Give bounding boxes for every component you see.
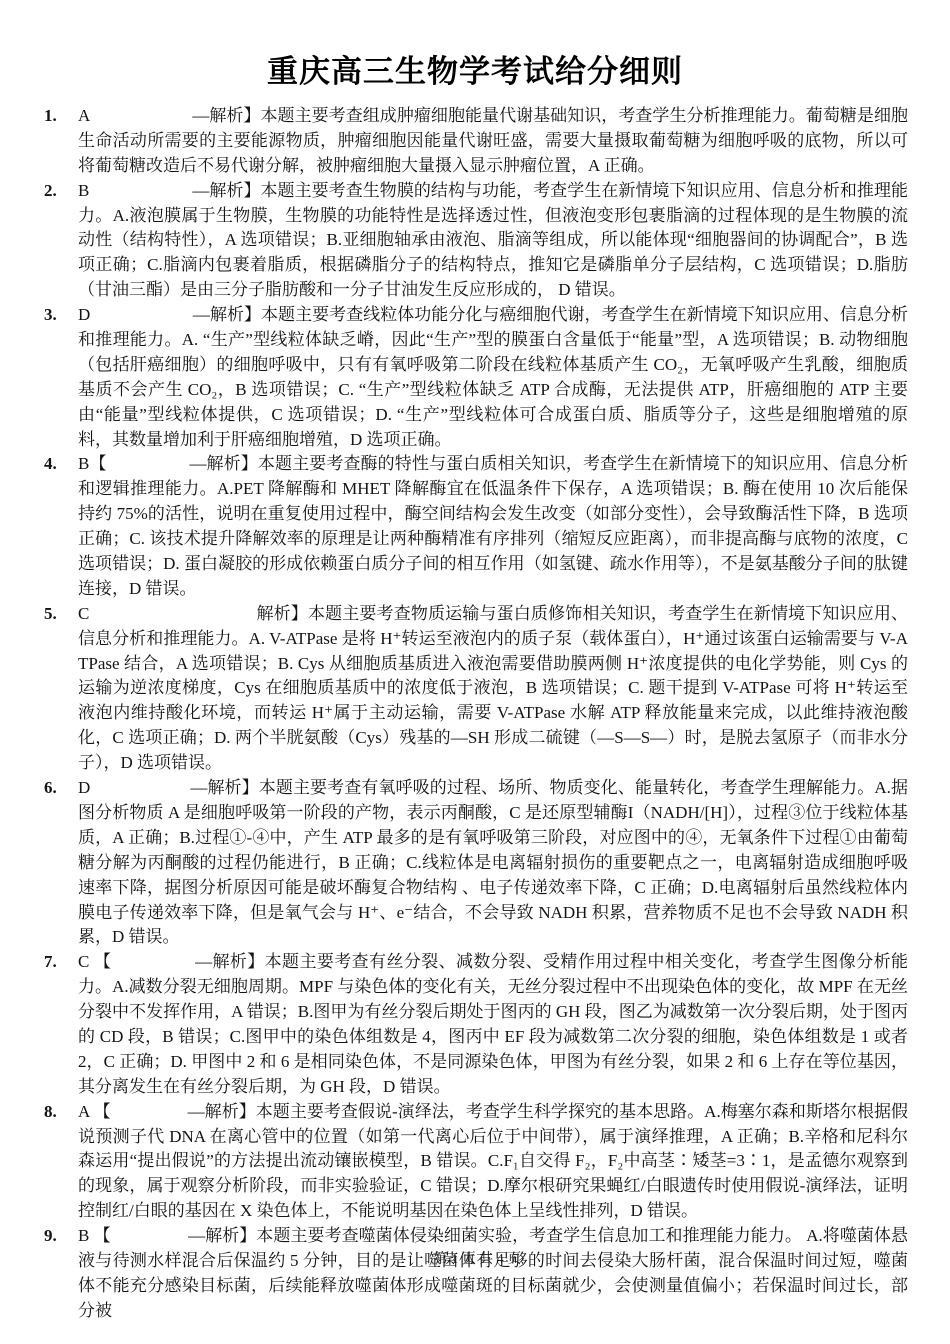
- item-number: 9.: [44, 1224, 78, 1324]
- answer-letter: A 【: [78, 1102, 188, 1121]
- item-body: B【 —解析】本题主要考查酶的特性与蛋白质相关知识，考查学生在新情境下的知识应用…: [78, 452, 908, 601]
- explanation-text: 解析】本题主要考查物质运输与蛋白质修饰相关知识，考查学生在新情境下知识应用、信息…: [78, 604, 908, 772]
- item-number: 6.: [44, 776, 78, 950]
- item-number: 8.: [44, 1100, 78, 1224]
- answer-letter: C 【: [78, 952, 195, 971]
- explanation-text: —解析】本题主要考查生物膜的结构与功能，考查学生在新情境下知识应用、信息分析和推…: [78, 181, 908, 300]
- item-body: D —解析】本题主要考查有氧呼吸的过程、场所、物质变化、能量转化，考查学生理解能…: [78, 776, 908, 950]
- explanation-text: —解析】本题主要考查噬菌体侵染细菌实验，考查学生信息加工和推理能力能力。 A.将…: [78, 1226, 908, 1320]
- item-body: C 【 —解析】本题主要考查有丝分裂、减数分裂、受精作用过程中相关变化，考查学生…: [78, 950, 908, 1099]
- item-body: A 【 —解析】本题主要考查假说-演绎法，考查学生科学探究的基本思路。A.梅塞尔…: [78, 1100, 908, 1224]
- item-number: 3.: [44, 303, 78, 452]
- item-number: 4.: [44, 452, 78, 601]
- answer-letter: C: [78, 604, 257, 623]
- answer-letter: B 【: [78, 1226, 188, 1245]
- explanation-text: —解析】本题主要考查酶的特性与蛋白质相关知识，考查学生在新情境下的知识应用、信息…: [78, 454, 908, 597]
- item-body: D —解析】本题主要考查线粒体功能分化与癌细胞代谢，考查学生在新情境下知识应用、…: [78, 303, 908, 452]
- item-number: 5.: [44, 602, 78, 776]
- item-number: 2.: [44, 179, 78, 303]
- answer-letter: B: [78, 181, 192, 200]
- answer-items-list: 1. A —解析】本题主要考查组成肿瘤细胞能量代谢基础知识，考查学生分析推理能力…: [44, 104, 908, 1324]
- explanation-text: —解析】本题主要考查线粒体功能分化与癌细胞代谢，考查学生在新情境下知识应用、信息…: [78, 305, 908, 448]
- explanation-text: —解析】本题主要考查组成肿瘤细胞能量代谢基础知识，考查学生分析推理能力。葡萄糖是…: [78, 106, 908, 175]
- answer-item: 9. B 【 —解析】本题主要考查噬菌体侵染细菌实验，考查学生信息加工和推理能力…: [44, 1224, 908, 1324]
- item-body: A —解析】本题主要考查组成肿瘤细胞能量代谢基础知识，考查学生分析推理能力。葡萄…: [78, 104, 908, 179]
- answer-item: 7. C 【 —解析】本题主要考查有丝分裂、减数分裂、受精作用过程中相关变化，考…: [44, 950, 908, 1099]
- page-footer: ·第 1 页 共 4 页: [0, 1248, 950, 1268]
- answer-letter: D: [78, 305, 193, 324]
- answer-item: 6. D —解析】本题主要考查有氧呼吸的过程、场所、物质变化、能量转化，考查学生…: [44, 776, 908, 950]
- explanation-text: —解析】本题主要考查有丝分裂、减数分裂、受精作用过程中相关变化，考查学生图像分析…: [78, 952, 908, 1095]
- explanation-text: —解析】本题主要考查有氧呼吸的过程、场所、物质变化、能量转化，考查学生理解能力。…: [78, 778, 908, 946]
- answer-item: 2. B —解析】本题主要考查生物膜的结构与功能，考查学生在新情境下知识应用、信…: [44, 179, 908, 303]
- answer-item: 4. B【 —解析】本题主要考查酶的特性与蛋白质相关知识，考查学生在新情境下的知…: [44, 452, 908, 601]
- document-page: 重庆高三生物学考试给分细则 1. A —解析】本题主要考查组成肿瘤细胞能量代谢基…: [0, 0, 950, 1344]
- answer-letter: B【: [78, 454, 189, 473]
- answer-item: 8. A 【 —解析】本题主要考查假说-演绎法，考查学生科学探究的基本思路。A.…: [44, 1100, 908, 1224]
- item-number: 7.: [44, 950, 78, 1099]
- answer-item: 5. C 解析】本题主要考查物质运输与蛋白质修饰相关知识，考查学生在新情境下知识…: [44, 602, 908, 776]
- item-body: B 【 —解析】本题主要考查噬菌体侵染细菌实验，考查学生信息加工和推理能力能力。…: [78, 1224, 908, 1324]
- item-number: 1.: [44, 104, 78, 179]
- item-body: B —解析】本题主要考查生物膜的结构与功能，考查学生在新情境下知识应用、信息分析…: [78, 179, 908, 303]
- answer-letter: A: [78, 106, 192, 125]
- explanation-text: —解析】本题主要考查假说-演绎法，考查学生科学探究的基本思路。A.梅塞尔森和斯塔…: [78, 1102, 908, 1221]
- item-body: C 解析】本题主要考查物质运输与蛋白质修饰相关知识，考查学生在新情境下知识应用、…: [78, 602, 908, 776]
- answer-item: 1. A —解析】本题主要考查组成肿瘤细胞能量代谢基础知识，考查学生分析推理能力…: [44, 104, 908, 179]
- page-title: 重庆高三生物学考试给分细则: [0, 0, 950, 91]
- answer-letter: D: [78, 778, 190, 797]
- answer-item: 3. D —解析】本题主要考查线粒体功能分化与癌细胞代谢，考查学生在新情境下知识…: [44, 303, 908, 452]
